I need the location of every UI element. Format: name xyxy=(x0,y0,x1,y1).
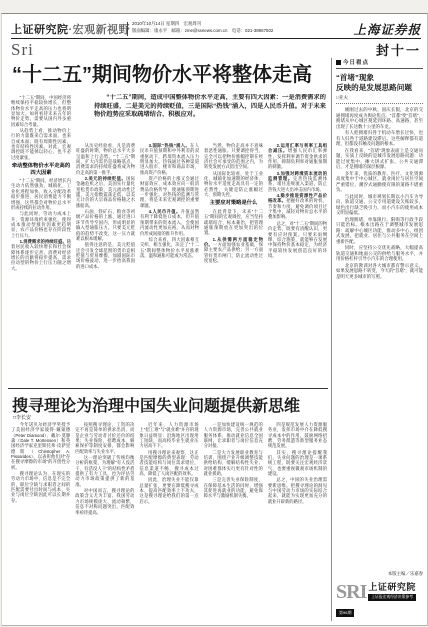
text-column: 按照搜寻理论，工资的决定不再是简单的供求出清，而是企业与劳动者讨价还价的结果；失… xyxy=(75,422,134,622)
sidebar-body: 刚刚过去的中秋、国庆长假，北京的交通拥堵再度成为舆论焦点。“首都”变“首堵”，拥… xyxy=(336,107,423,537)
article-divider-rule xyxy=(8,388,328,389)
sidebar: 今日看点 “首堵”现象 反映的是发展思路问题 □亚夫 刚刚过去的中秋、国庆长假，… xyxy=(336,58,423,622)
sri-logotype: Sri xyxy=(11,40,34,60)
text-column: 3.国际“热钱”涌入。在人民币升值预期和中外利差的双重驱动下，跨境资本流入压力明… xyxy=(140,143,199,385)
body-paragraph: “十二五”期间，中国经济将继续保持平稳较快增长，但整体物价水平走高的压力也将明显… xyxy=(11,95,71,127)
body-paragraph: 值得注意的是，美元贬值还会引发全球范围的货币竞相贬值与贸易摩擦，加剧国际市场价格… xyxy=(76,242,135,269)
masthead: 上证研究院·宏观新视野 2010年10月14日 星期四 宏观周刊 版面编辑：康永… xyxy=(11,21,421,39)
body-paragraph: 治理拥堵，单靠限行、限购等行政手段只能治标。根本出路在于调整城市发展思路：疏解中… xyxy=(336,217,423,245)
sidebar-byline: □亚夫 xyxy=(336,95,423,101)
body-paragraph: 多年来，优质的教育、医疗、文化资源高度集中于中心城区，就业岗位与居住空间严重错位… xyxy=(336,171,423,193)
column-subhead: 主要应对策略是什么 xyxy=(204,200,263,207)
body-paragraph: 石油、铁矿石、粮食等初级产品价格的上涨，通过进口环节传导至国内，形成明显的输入型… xyxy=(76,209,135,241)
body-paragraph: 今年诺贝尔经济学奖授予了美国经济学家彼得·戴蒙德（Peter Diamond）、… xyxy=(11,422,70,470)
body-paragraph: 在我看来，“首堵”现象表面上是交通问题，实质上反映的是城市发展思路问题：功能过度… xyxy=(336,148,423,170)
article1-intro: “十二五”期间，造成中国整体物价水平走高，主要有四大因素：一是消费需求的持续旺盛… xyxy=(94,94,326,140)
text-column: 今年诺贝尔经济学奖授予了美国经济学家彼得·戴蒙德（Peter Diamond）、… xyxy=(11,422,70,622)
body-paragraph: “十二五”期间，经济增长内生动力依然强劲，城镇化、工业化进程加快，收入分配改革稳… xyxy=(11,178,71,210)
body-paragraph: 2.美元的持续贬值。国际金融危机之后，美国实行量化宽松货币政策，美元流动性泛滥，… xyxy=(76,176,135,208)
newspaper-page: 上证研究院·宏观新视野 2010年10月14日 星期四 宏观周刊 版面编辑：康永… xyxy=(0,0,428,627)
sidebar-kicker: 今日看点 xyxy=(336,58,423,69)
sri-logo-block: SRI 上证研究院 上证报宏观经济决策参考 xyxy=(336,580,423,601)
body-paragraph: 3.加强对跨境资本流动的监测管理。完善热钱监测体系，堵住违规流入渠道，防止热钱大… xyxy=(268,171,327,192)
body-paragraph: 从国际比较看，处于工业化、城镇化加速期的经济体，物价水平适度走高具有一定的必然性… xyxy=(204,171,263,198)
body-paragraph: 二是大力发展职业教育与培训，围绕产业升级调整技能供给结构，缓解结构性失业；对困难… xyxy=(204,450,263,477)
article2-columns: 今年诺贝尔经济学奖授予了美国经济学家彼得·戴蒙德（Peter Diamond）、… xyxy=(11,422,327,622)
body-paragraph: 1.消费需求的持续旺盛。随着居民收入较快增长和社会保障体系逐步完善，消费对经济增… xyxy=(11,239,71,271)
body-paragraph: 有人把拥堵归咎于机动车增长过快，也有人归咎于道路建设滞后。这些解释都有道理，但都… xyxy=(336,130,423,147)
article2-headline: 搜寻理论为治理中国失业问题提供新思维 xyxy=(12,393,328,416)
body-paragraph: 搜寻理论认为，在现实的劳动力市场中，信息是不完全的，职位空缺与求职者之间的匹配需… xyxy=(11,471,70,503)
section-title-main: 上证研究院 xyxy=(11,24,69,36)
text-column: “十二五”期间，中国经济将继续保持平稳较快增长，但整体物价水平走高的压力也将明显… xyxy=(11,95,71,385)
page-sheet: 上证研究院·宏观新视野 2010年10月14日 星期四 宏观周刊 版面编辑：康永… xyxy=(1,13,428,626)
body-paragraph: 综合来看，四大因素相互交织、相互强化，决定了“十二五”期间整体物价水平易涨难落，… xyxy=(140,237,199,258)
section-title: 上证研究院·宏观新视野 xyxy=(11,21,130,37)
body-paragraph: 当然，物价走高并不意味着恶性通胀。只要调控得当，完全可以把物价涨幅控制在经济社会… xyxy=(204,143,263,170)
sidebar-footer: 本版主编／乐嘉春 SRI 上证研究院 上证报宏观经济决策参考 第96期 xyxy=(336,571,423,619)
sidebar-rule xyxy=(336,103,423,104)
article1-intro-text: “十二五”期间，造成中国整体物价水平走高，主要有四大因素：一是消费需求的持续旺盛… xyxy=(94,94,326,120)
sri-logo-cn: 上证研究院 xyxy=(368,580,416,593)
body-paragraph: 同时，应坚持公交优先战略，大幅提高轨道交通和地面公交的供给与服务水平，并用价格杠… xyxy=(336,245,423,262)
body-paragraph: 因此，治理失业不能仅靠总量扩张，更要在降低搜寻成本、提高匹配效率上下功夫，这是搜… xyxy=(139,477,198,504)
text-column: 2.运用汇率与利率工具组合减压。增强人民币汇率弹性，发挥利率调节资金供求的作用，… xyxy=(268,143,327,385)
body-paragraph: 四是规范发展人力资源服务业，发挥市场中介在降低搜寻成本中的作用，鼓励网络招聘、劳… xyxy=(268,422,327,449)
paper-name: 上海证券报 xyxy=(353,20,421,38)
body-paragraph: 资产价格的上涨又会通过财富效应、成本效应向一般消费品价格传导，使通胀预期进一步强… xyxy=(140,176,199,208)
body-paragraph: 与此同时，劳动力成本上升、资源环境约束强化，使得成本推动型涨价因素更趋明显，农产… xyxy=(11,211,71,238)
sri-logo-tagline: 上证报宏观经济决策参考 xyxy=(368,594,416,601)
text-column: 一是加快建设统一规范的人力资源市场，完善公共就业服务体系，推动就业信息全国联网，… xyxy=(204,422,263,622)
body-paragraph: 与此同时，城市规划长期以小汽车为导向，轨道交通、公交专用道建设欠账较多，绿色出行… xyxy=(336,194,423,216)
sidebar-title: “首堵”现象 反映的是发展思路问题 xyxy=(336,73,423,92)
text-column: 从历史经验看，凡是消费旺盛的时期，物价总水平大多呈温和上行态势。“十二五”期间，… xyxy=(76,143,135,385)
square-bullet-icon xyxy=(336,60,341,65)
page-folio: 封十一 xyxy=(376,40,421,59)
body-paragraph: 在此背景下，未来“十二五”期间的宏观调控，应当坚持疏堵结合、标本兼治，把管理通胀… xyxy=(204,209,263,236)
text-column: 四是规范发展人力资源服务业，发挥市场中介在降低搜寻成本中的作用，鼓励网络招聘、劳… xyxy=(268,422,327,622)
editor-line: 版面编辑：康永平 邮箱：zme@ssnews.com.cn 电话：021-389… xyxy=(132,28,273,35)
body-paragraph: 这一理论突破了传统均衡分析的框架，为理解“有人没活干、有活没人干”的结构性矛盾提… xyxy=(75,455,134,487)
sri-logo-letters: SRI xyxy=(336,583,366,601)
article1-columns: 从历史经验看，凡是消费旺盛的时期，物价总水平大多呈温和上行态势。“十二五”期间，… xyxy=(76,143,327,385)
body-paragraph: 1.从供需两方面稳定物价。一方面加强农业基础，保障主要农产品供给；另一方面管好货… xyxy=(204,237,263,264)
body-paragraph: 4.稳步推进资源性产品价格改革。把握好改革的时机、节奏和力度，避免调价项目过于集… xyxy=(268,193,327,220)
article2-byline: □李长安 xyxy=(13,414,31,421)
masthead-info: 2010年10月14日 星期四 宏观周刊 版面编辑：康永平 邮箱：zme@ssn… xyxy=(132,21,273,34)
article1-left-column: “十二五”期间，中国经济将继续保持平稳较快增长，但整体物价水平走高的压力也将明显… xyxy=(11,95,71,385)
sidebar-title-line1: “首堵”现象 xyxy=(336,73,423,83)
body-paragraph: 刚刚过去的中秋、国庆长假，北京的交通拥堵再度成为舆论焦点。“首都”变“首堵”，拥… xyxy=(336,107,423,129)
masthead-rule xyxy=(11,38,421,39)
body-paragraph: 总之，中国的失业治理需要新思维。把搜寻理论的洞见与中国劳动力市场的实际结合起来，… xyxy=(268,477,327,504)
issue-number-badge: 第96期 xyxy=(336,609,354,617)
body-paragraph: 三是完善失业保险制度，在保障基本生活的同时，增强其促进再就业的功能，避免保障水平… xyxy=(204,477,263,498)
sidebar-title-line2: 反映的是发展思路问题 xyxy=(336,83,423,93)
text-column: 刚刚过去的中秋、国庆长假，北京的交通拥堵再度成为舆论焦点。“首都”变“首堵”，拥… xyxy=(336,107,423,537)
body-paragraph: 2.运用汇率与利率工具组合减压。增强人民币汇率弹性，发挥利率调节资金供求的作用，… xyxy=(268,143,327,170)
body-paragraph: 近年来，人力资源市场上“招工难”与“就业难”并存的现象日益明显：沿海地区出现用工… xyxy=(139,422,198,449)
sri-logo-right: 上证研究院 上证报宏观经济决策参考 xyxy=(368,580,416,601)
section-subtitle: 宏观新视野 xyxy=(73,24,131,36)
body-paragraph: 4.人民币升值。升值虽然有利于降低进口成本，但升值预期带来的资本流入，会使国内流… xyxy=(140,209,199,236)
masthead-divider xyxy=(127,22,128,36)
sidebar-editor-line: 本版主编／乐嘉春 xyxy=(336,571,423,577)
body-paragraph: 其实，搜寻理论提醒我们，失业问题的治理是一项系统工程，既要关注宏观经济景气，也要… xyxy=(268,450,327,477)
body-paragraph: 一是加快建设统一规范的人力资源市场，完善公共就业服务体系，推动就业信息全国联网，… xyxy=(204,422,263,449)
body-paragraph: 从历史经验看，凡是消费旺盛的时期，物价总水平大多呈温和上行态势。“十二五”期间，… xyxy=(76,143,135,175)
body-paragraph: 对中国而言，搜寻理论的政策含义尤为丰富。我国劳动力市场规模庞大、流动频繁，信息不… xyxy=(75,488,134,515)
column-subhead: 牵动整体物价水平走高的四大因素 xyxy=(11,163,71,176)
body-paragraph: 总之，对“十二五”期间的物价走势，既要有清醒认识，更要有应对预案。只要未雨绸缪、… xyxy=(268,221,327,258)
article1-headline: “十二五”期间物价水平将整体走高 xyxy=(12,58,327,87)
text-column: 当然，物价走高并不意味着恶性通胀。只要调控得当，完全可以把物价涨幅控制在经济社会… xyxy=(204,143,263,385)
sidebar-divider-rule xyxy=(331,58,332,621)
body-paragraph: 3.国际“热钱”涌入。在人民币升值预期和中外利差的双重驱动下，跨境资本流入压力明… xyxy=(140,143,199,175)
body-paragraph: 按照搜寻理论，工资的决定不再是简单的供求出清，而是企业与劳动者讨价还价的结果；失… xyxy=(75,422,134,454)
sidebar-kicker-label: 今日看点 xyxy=(343,60,369,66)
text-column: 近年来，人力资源市场上“招工难”与“就业难”并存的现象日益明显：沿海地区出现用工… xyxy=(139,422,198,622)
body-paragraph: 从趋势上看，推动物价上行的力量既来自需求面，也来自成本面；既有周期性因素，也有结… xyxy=(11,128,71,160)
body-paragraph: 用搜寻理论来观察，这正是匹配摩擦的典型表现：劳动者技能结构与岗位需求错位，信息渠… xyxy=(139,450,198,477)
body-paragraph: 北京的教训对各大城市都有警示意义。如果发展思路不转变，今天的“首堵”，就可能是明… xyxy=(336,263,423,280)
